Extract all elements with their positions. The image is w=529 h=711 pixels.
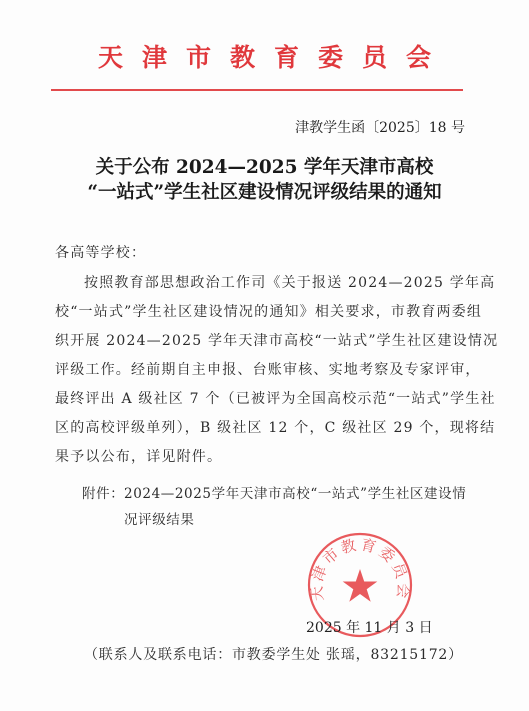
body-line: 校“一站式”学生社区建设情况的通知》相关要求，市教育两委组 [55, 302, 482, 322]
document-title-line-2: “一站式”学生社区建设情况评级结果的通知 [0, 181, 529, 205]
issuer-header: 天津市教育委员会 [0, 38, 529, 78]
document-number: 津教学生函〔2025〕18 号 [295, 118, 465, 138]
document-title-line-1: 关于公布 2024—2025 学年天津市高校 [0, 156, 529, 180]
body-line: 果予以公布，详见附件。 [55, 447, 222, 467]
body-line: 按照教育部思想政治工作司《关于报送 2024—2025 学年高 [84, 273, 495, 293]
body-line: 最终评出 A 级社区 7 个（已被评为全国高校示范“一站式”学生社 [55, 389, 496, 409]
attachment-link[interactable]: 2024—2025学年天津市高校“一站式”学生社区建设情 [124, 484, 466, 504]
attachment-link-continued[interactable]: 况评级结果 [124, 510, 195, 530]
header-red-rule [51, 89, 463, 91]
attachment-label: 附件： [82, 484, 124, 504]
salutation: 各高等学校： [55, 243, 146, 263]
body-line: 区的高校评级单列），B 级社区 12 个，C 级社区 29 个，现将结 [55, 418, 495, 438]
issue-date: 2025 年 11 月 3 日 [306, 618, 433, 638]
contact-info: （联系人及联系电话：市教委学生处 张瑶，83215172） [84, 645, 463, 665]
body-line: 织开展 2024—2025 学年天津市高校“一站式”学生社区建设情况 [55, 331, 498, 351]
body-line: 评级工作。经前期自主申报、台账审核、实地考察及专家评审， [55, 360, 481, 380]
